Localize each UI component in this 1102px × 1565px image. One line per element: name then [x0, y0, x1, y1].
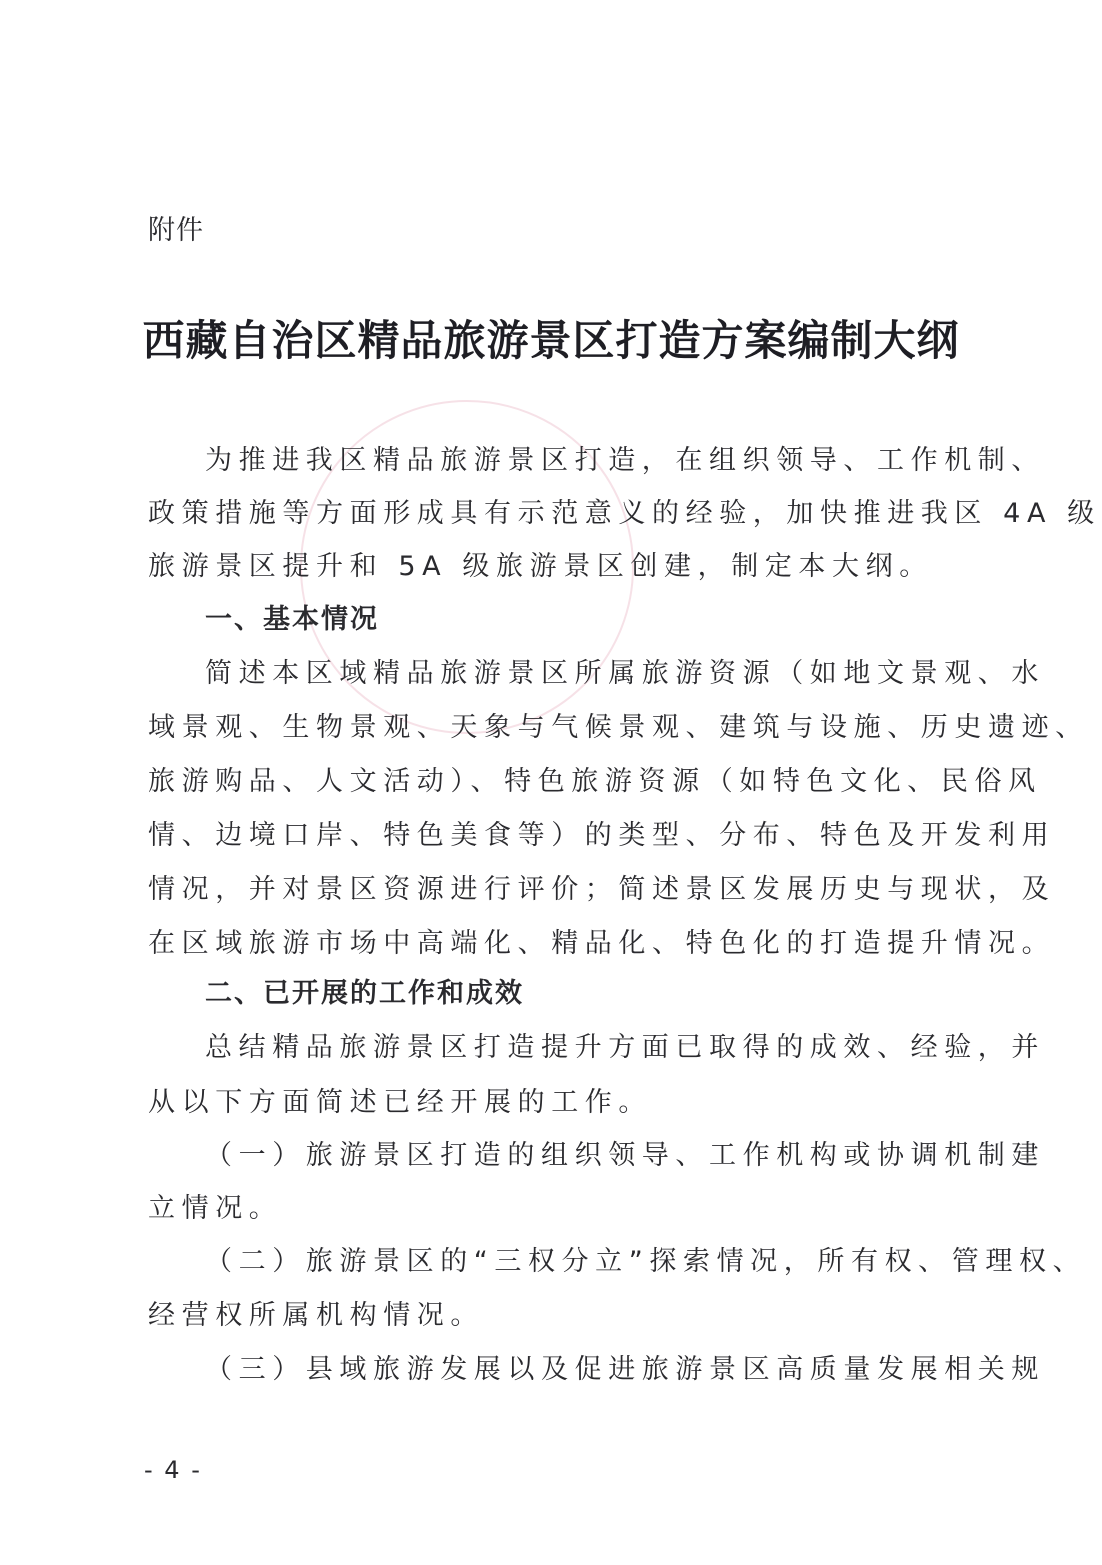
paragraph-line: 总结精品旅游景区打造提升方面已取得的成效、经验，并: [205, 1025, 1045, 1064]
section-heading-1: 一、基本情况: [205, 597, 379, 636]
paragraph-line: （二）旅游景区的“三权分立”探索情况，所有权、管理权、: [205, 1239, 1086, 1278]
paragraph-line: 从以下方面简述已经开展的工作。: [148, 1080, 652, 1119]
attachment-label: 附件: [148, 208, 204, 247]
paragraph-line: 旅游购品、人文活动）、特色旅游资源（如特色文化、民俗风: [148, 759, 1042, 798]
paragraph-line: （三）县域旅游发展以及促进旅游景区高质量发展相关规: [205, 1347, 1045, 1386]
paragraph-line: 政策措施等方面形成具有示范意义的经验，加快推进我区 4A 级: [148, 491, 1101, 530]
paragraph-line: （一）旅游景区打造的组织领导、工作机构或协调机制建: [205, 1133, 1045, 1172]
paragraph-line: 简述本区域精品旅游景区所属旅游资源（如地文景观、水: [205, 651, 1045, 690]
paragraph-line: 立情况。: [148, 1186, 282, 1225]
paragraph-line: 旅游景区提升和 5A 级旅游景区创建，制定本大纲。: [148, 544, 933, 583]
paragraph-line: 情、边境口岸、特色美食等）的类型、分布、特色及开发利用: [148, 813, 1055, 852]
page-number: - 4 -: [144, 1456, 202, 1484]
document-title: 西藏自治区精品旅游景区打造方案编制大纲: [0, 308, 1102, 368]
paragraph-line: 为推进我区精品旅游景区打造，在组织领导、工作机制、: [205, 438, 1045, 477]
paragraph-line: 情况，并对景区资源进行评价；简述景区发展历史与现状，及: [148, 867, 1055, 906]
paragraph-line: 在区域旅游市场中高端化、精品化、特色化的打造提升情况。: [148, 921, 1055, 960]
paragraph-line: 域景观、生物景观、天象与气候景观、建筑与设施、历史遗迹、: [148, 705, 1089, 744]
paragraph-line: 经营权所属机构情况。: [148, 1293, 484, 1332]
section-heading-2: 二、已开展的工作和成效: [205, 971, 524, 1010]
